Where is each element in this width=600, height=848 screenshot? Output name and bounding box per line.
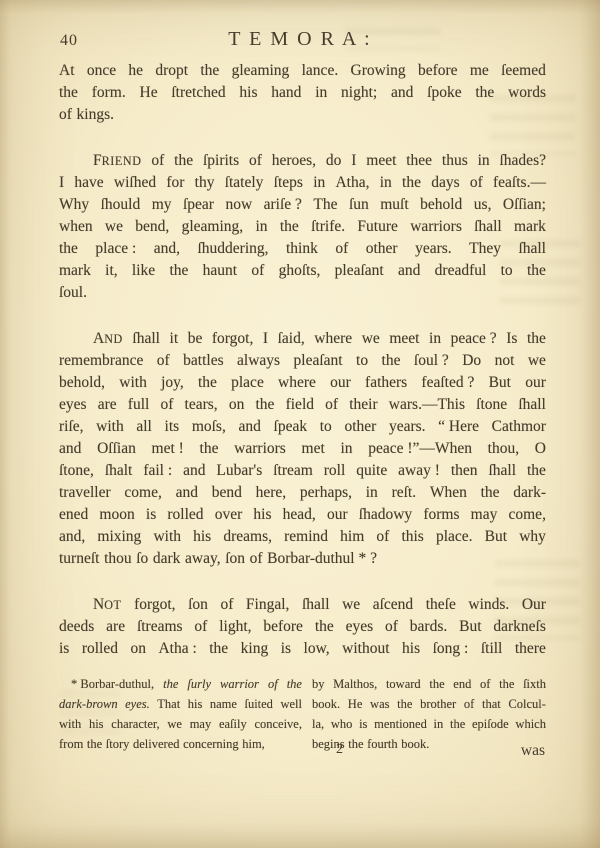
text-line: ſtone,ſhaltfail :andLubar'sſtreamrollqui… [59, 460, 546, 482]
body-text: Atoncehedroptthegleaminglance.Growingbef… [59, 60, 546, 660]
text-line: ANDſhallitbeforgot,Iſaid,wherewemeetinpe… [59, 328, 546, 350]
text-line: deedsareſtreamsoflight,beforetheeyesofba… [59, 616, 546, 638]
footnote: * Borbar-duthul,theſurlywarriorofthedark… [59, 674, 546, 754]
text-line: whenwebend,gleaming,intheſtrife.Futurewa… [59, 216, 546, 238]
text-line: markit,likethehauntofghoſts,pleaſantandd… [59, 260, 546, 282]
text-line: * Borbar-duthul,theſurlywarriorofthe [59, 674, 302, 694]
text-line: la,whoismentionedintheepiſodewhich [312, 714, 546, 734]
paragraph: FRIENDoftheſpiritsofheroes,doImeettheeth… [59, 150, 546, 304]
footnote-column-right: byMalthos,towardtheendoftheſixthbook.Hew… [312, 674, 546, 754]
text-line: fromtheſtorydeliveredconcerninghim, [59, 734, 302, 754]
text-line: ofkings. [59, 104, 546, 126]
paragraph: ANDſhallitbeforgot,Iſaid,wherewemeetinpe… [59, 328, 546, 570]
text-line: turneſtthouſodarkaway,ſonofBorbar-duthul… [59, 548, 546, 570]
paragraph: NOTforgot,ſonofFingal,ſhallweaſcendtheſe… [59, 594, 546, 660]
text-line: riſe,withallitsmoſs,andſpeaktootheryears… [59, 416, 546, 438]
signature-mark: 2 [336, 742, 343, 758]
text-line: and,mixingwithhisdreams,remindhimofthisp… [59, 526, 546, 548]
footnote-column-left: * Borbar-duthul,theſurlywarriorofthedark… [59, 674, 302, 754]
text-line: NOTforgot,ſonofFingal,ſhallweaſcendtheſe… [59, 594, 546, 616]
text-line: dark-browneyes.Thathisnameſuitedwell [59, 694, 302, 714]
text-line: withhischaracter,wemayeaſilyconceive, [59, 714, 302, 734]
text-line: IhavewiſhedforthyſtatelyſtepsinAtha,inth… [59, 172, 546, 194]
text-line: FRIENDoftheſpiritsofheroes,doImeettheeth… [59, 150, 546, 172]
text-line: remembranceofbattlesalwayspleaſanttotheſ… [59, 350, 546, 372]
text-line: eyesarefulloftears,onthefieldoftheirwars… [59, 394, 546, 416]
text-line: byMalthos,towardtheendoftheſixth [312, 674, 546, 694]
text-line: beginsthefourthbook. [312, 734, 546, 754]
catchword: was [521, 742, 545, 760]
text-line: Whyſhouldmyſpearnowariſe ?Theſunmuſtbeho… [59, 194, 546, 216]
running-title: T E M O R A : [0, 28, 600, 51]
paragraph: Atoncehedroptthegleaminglance.Growingbef… [59, 60, 546, 126]
text-line: behold,withjoy,theplacewhereourfathersfe… [59, 372, 546, 394]
book-page-scan: 40 T E M O R A : Atoncehedroptthegleamin… [0, 0, 600, 848]
text-line: theform.Heſtretchedhishandinnight;andſpo… [59, 82, 546, 104]
text-line: book.HewasthebrotherofthatColcul- [312, 694, 546, 714]
text-line: ſoul. [59, 282, 546, 304]
text-line: andOſſianmet !thewarriorsmetinpeace !”—W… [59, 438, 546, 460]
text-line: Atoncehedroptthegleaminglance.Growingbef… [59, 60, 546, 82]
text-line: theplace :and,ſhuddering,thinkofotheryea… [59, 238, 546, 260]
text-line: enedmoonisrolledoverhishead,ourſhadowyfo… [59, 504, 546, 526]
text-line: travellercome,andbendhere,perhaps,inreſt… [59, 482, 546, 504]
text-line: isrolledonAtha :thekingislow,withouthisſ… [59, 638, 546, 660]
